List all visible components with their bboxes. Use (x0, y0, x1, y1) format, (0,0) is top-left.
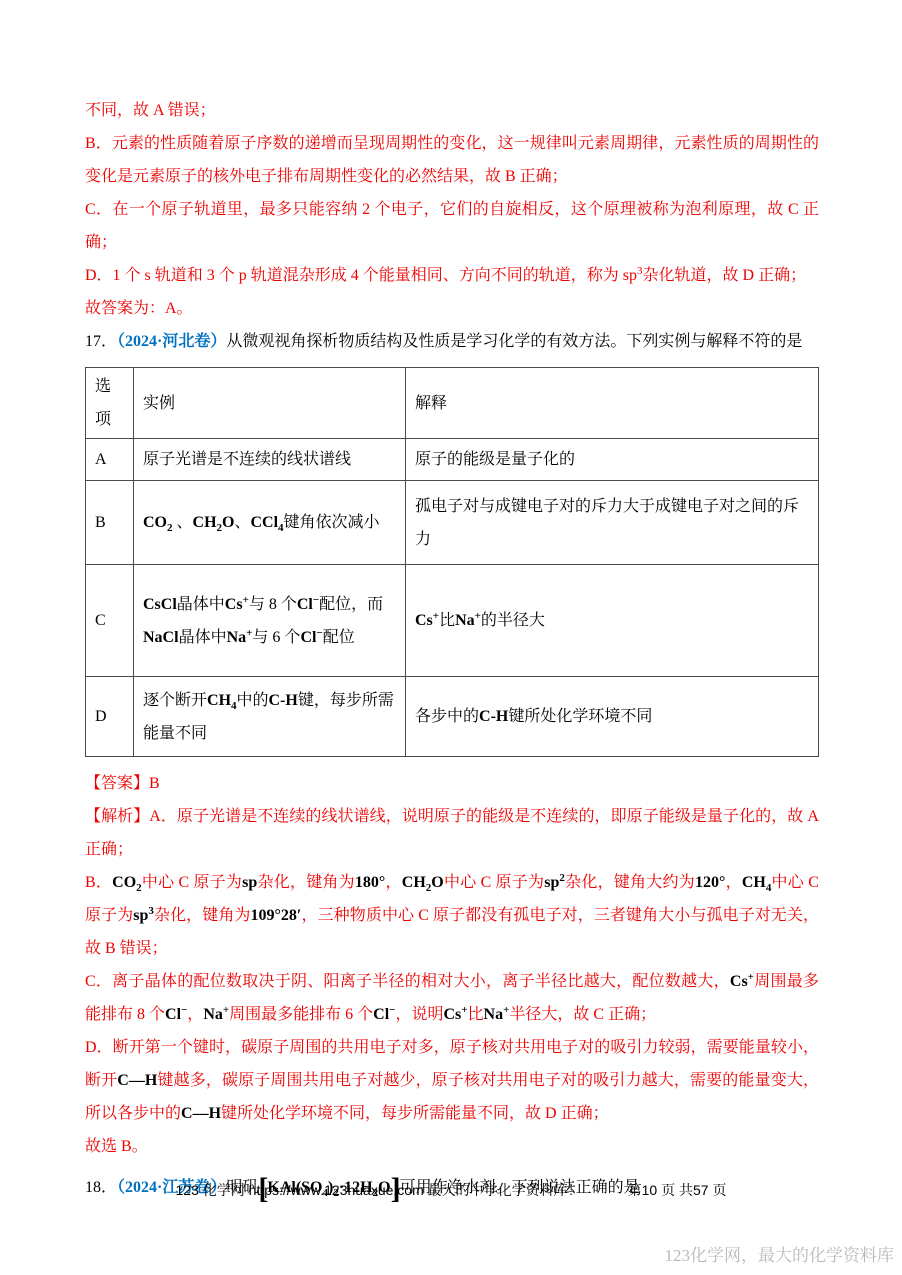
question-17-conclusion: 故选 B。 (85, 1130, 819, 1163)
option-cell: A (86, 439, 134, 481)
option-cell: C (86, 565, 134, 677)
prev-analysis-line-d: D．1 个 s 轨道和 3 个 p 轨道混杂形成 4 个能量相同、方向不同的轨道… (85, 259, 819, 292)
table-row-b: B CO2 、CH2O、CCl4键角依次减小 孤电子对与成键电子对的斥力大于成键… (86, 481, 819, 565)
example-cell: 逐个断开CH4中的C-H键，每步所需能量不同 (134, 677, 406, 757)
footer-page-number: 第10 页 共57 页 (628, 1182, 727, 1198)
page-footer: 123 化学网 https://www.123huaxue.com 最大的中学化… (0, 1180, 902, 1200)
example-cell: CO2 、CH2O、CCl4键角依次减小 (134, 481, 406, 565)
prev-analysis-line-a: 不同，故 A 错误； (85, 94, 819, 127)
explanation-cell: Cs+比Na+的半径大 (406, 565, 819, 677)
option-cell: B (86, 481, 134, 565)
question-17-analysis-a: 【解析】A．原子光谱是不连续的线状谱线，说明原子的能级是不连续的，即原子能级是量… (85, 800, 819, 866)
question-17-answer: 【答案】B (85, 767, 819, 800)
prev-analysis-line-c: C．在一个原子轨道里，最多只能容纳 2 个电子，它们的自旋相反，这个原理被称为泡… (85, 193, 819, 259)
explanation-cell: 各步中的C-H键所处化学环境不同 (406, 677, 819, 757)
footer-site-info: 123 化学网 https://www.123huaxue.com 最大的中学化… (176, 1182, 582, 1198)
option-cell: D (86, 677, 134, 757)
table-row-c: C CsCl晶体中Cs+与 8 个Cl−配位，而NaCl晶体中Na+与 6 个C… (86, 565, 819, 677)
table-row-d: D 逐个断开CH4中的C-H键，每步所需能量不同 各步中的C-H键所处化学环境不… (86, 677, 819, 757)
prev-analysis-conclusion: 故答案为：A。 (85, 292, 819, 325)
table-header-row: 选项 实例 解释 (86, 368, 819, 439)
table-row-a: A 原子光谱是不连续的线状谱线 原子的能级是量子化的 (86, 439, 819, 481)
question-17-analysis-d: D．断开第一个键时，碳原子周围的共用电子对多，原子核对共用电子对的吸引力较弱，需… (85, 1031, 819, 1130)
question-17-stem: 17．（2024·河北卷）从微观视角探析物质结构及性质是学习化学的有效方法。下列… (85, 325, 819, 358)
example-cell: 原子光谱是不连续的线状谱线 (134, 439, 406, 481)
table-header-explanation: 解释 (406, 368, 819, 439)
question-17-analysis-b: B．CO2中心 C 原子为sp杂化，键角为180°，CH2O中心 C 原子为sp… (85, 866, 819, 965)
watermark-text: 123化学网，最大的化学资料库 (665, 1241, 895, 1266)
question-17-analysis-c: C．离子晶体的配位数取决于阴、阳离子半径的相对大小，离子半径比越大，配位数越大，… (85, 965, 819, 1031)
table-header-example: 实例 (134, 368, 406, 439)
prev-analysis-line-b: B．元素的性质随着原子序数的递增而呈现周期性的变化，这一规律叫元素周期律，元素性… (85, 127, 819, 193)
document-content: 不同，故 A 错误； B．元素的性质随着原子序数的递增而呈现周期性的变化，这一规… (85, 94, 819, 1204)
question-17-table: 选项 实例 解释 A 原子光谱是不连续的线状谱线 原子的能级是量子化的 B CO… (85, 367, 819, 757)
explanation-cell: 孤电子对与成键电子对的斥力大于成键电子对之间的斥力 (406, 481, 819, 565)
table-header-option: 选项 (86, 368, 134, 439)
example-cell: CsCl晶体中Cs+与 8 个Cl−配位，而NaCl晶体中Na+与 6 个Cl−… (134, 565, 406, 677)
explanation-cell: 原子的能级是量子化的 (406, 439, 819, 481)
